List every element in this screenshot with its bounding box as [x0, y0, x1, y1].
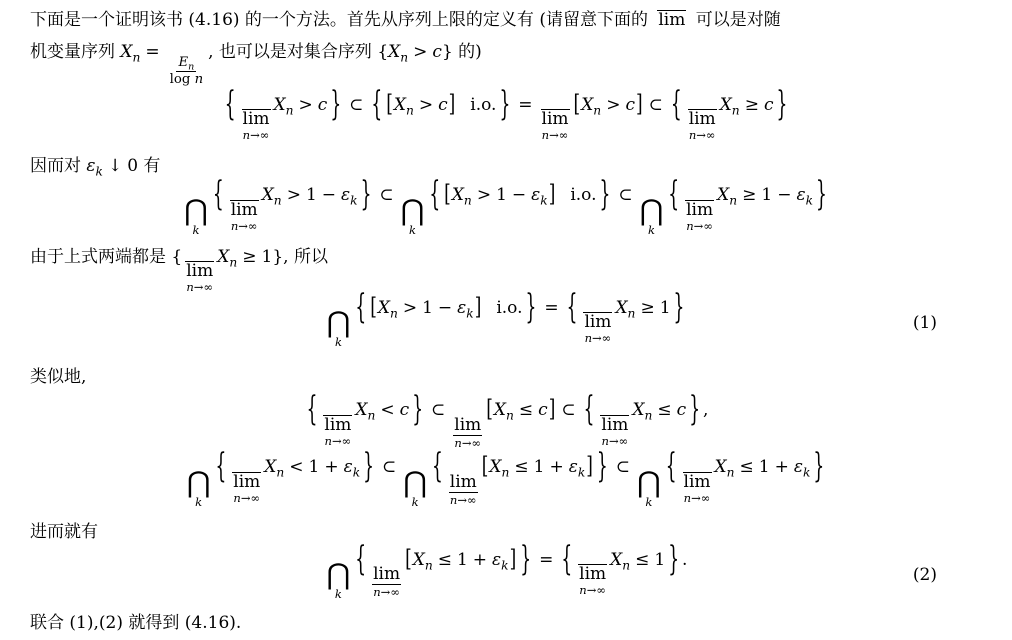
subscript: n: [406, 103, 414, 117]
left-big-brace: {: [215, 447, 226, 488]
text-run: 进而就有: [30, 522, 98, 542]
lim-word: lim: [688, 109, 717, 128]
right-bracket: ]: [475, 294, 482, 322]
equation-1-body: ⋂k{[Xn>1−εk]i.o.}={limn→∞Xn≥1}: [325, 298, 688, 318]
right-big-brace: }: [361, 175, 372, 216]
math-operator: <: [380, 400, 394, 420]
math-variable: X: [494, 400, 506, 420]
lim-subscript: n→∞: [579, 585, 606, 597]
equation-2-body: ⋂k{limn→∞[Xn≤1+εk]}={limn→∞Xn≤1}.: [325, 550, 688, 570]
right-big-brace: }: [816, 175, 827, 216]
right-bracket: ]: [586, 454, 593, 482]
text-run: 联合 (1),(2) 就得到 (4.16).: [30, 613, 241, 633]
fraction: Enlog n: [168, 55, 205, 87]
math-operator: ⊂: [431, 400, 445, 420]
subscript: n: [274, 194, 282, 208]
lim-word: lim: [600, 415, 629, 434]
limsup-operator: limn→∞: [232, 472, 261, 505]
subscript: n: [400, 50, 408, 64]
text-run: 机变量序列: [30, 42, 120, 62]
math-operator: ⊂: [349, 95, 363, 115]
display-intersection-chain-1: ⋂k{limn→∞Xn>1−εk}⊂⋂k{[Xn>1−εk]i.o.}⊂⋂k{l…: [30, 185, 982, 236]
math-operator: −: [512, 185, 526, 205]
subscript: n: [368, 409, 376, 423]
left-bracket: [: [486, 397, 493, 425]
intersection-symbol: ⋂: [640, 197, 664, 223]
limsup-symbol: lim: [657, 10, 686, 29]
math-token: .: [682, 550, 687, 570]
right-big-brace: }: [674, 287, 685, 328]
intersection-symbol: ⋂: [401, 197, 425, 223]
intro-line-1: 下面是一个证明该书 (4.16) 的一个方法。首先从序列上限的定义有 (请留意下…: [30, 8, 982, 34]
math-operator: =: [518, 95, 532, 115]
subscript: n: [133, 50, 141, 64]
math-variable: X: [720, 95, 732, 115]
lim-word: lim: [541, 109, 570, 128]
lim-subscript: n→∞: [602, 436, 629, 448]
math-operator: ≤: [635, 550, 649, 570]
right-bracket: ]: [549, 397, 556, 425]
math-operator: ≤: [514, 457, 528, 477]
text-run: 类似地,: [30, 367, 86, 387]
subscript: k: [501, 558, 508, 572]
math-operator: ≥: [745, 95, 759, 115]
math-operator: ↓: [108, 156, 122, 176]
math-operator: ≥: [640, 298, 654, 318]
math-variable: ε: [344, 457, 353, 477]
intersection-index: k: [193, 225, 200, 237]
right-big-brace: }: [597, 447, 608, 488]
subscript: n: [622, 558, 630, 572]
math-operator: −: [438, 298, 452, 318]
left-big-brace: {: [355, 540, 366, 581]
math-variable: c: [764, 95, 774, 115]
lim-subscript: n→∞: [454, 438, 481, 450]
math-variable: X: [615, 298, 627, 318]
limsup-operator: limn→∞: [685, 200, 714, 233]
math-operator: >: [299, 95, 313, 115]
math-operator: +: [473, 550, 487, 570]
limsup-operator: limn→∞: [688, 109, 717, 142]
left-bracket: [: [444, 182, 451, 210]
equation-2: ⋂k{limn→∞[Xn≤1+εk]}={limn→∞Xn≤1}. (2): [30, 550, 982, 601]
intersection-symbol: ⋂: [637, 469, 661, 495]
epsilon-intro-line: 因而对 εk↓0 有: [30, 154, 982, 180]
left-big-brace: {: [671, 85, 682, 126]
math-token: }: [272, 247, 283, 267]
math-variable: ε: [492, 550, 501, 570]
subscript: n: [464, 194, 472, 208]
math-variable: X: [715, 457, 727, 477]
lim-word: lim: [449, 474, 478, 493]
left-big-brace: {: [666, 447, 677, 488]
limsup-operator: limn→∞: [578, 564, 607, 597]
math-operator: +: [324, 457, 338, 477]
math-variable: ε: [569, 457, 578, 477]
math-operator: >: [403, 298, 417, 318]
left-bracket: [: [405, 546, 412, 574]
left-bracket: [: [574, 91, 581, 119]
math-variable: E: [178, 55, 188, 70]
lim-word: lim: [372, 566, 401, 585]
liminf-operator: limn→∞: [453, 417, 482, 450]
math-variable: X: [355, 400, 367, 420]
intersection-index: k: [645, 497, 652, 509]
math-token: 1: [422, 298, 433, 318]
equation-1: ⋂k{[Xn>1−εk]i.o.}={limn→∞Xn≥1} (1): [30, 298, 982, 349]
limsup-operator: limn→∞: [541, 109, 570, 142]
text-run: 因而对: [30, 156, 86, 176]
intersection-symbol: ⋂: [327, 561, 351, 587]
math-token: 1: [309, 457, 320, 477]
right-big-brace: }: [668, 540, 679, 581]
math-variable: X: [632, 400, 644, 420]
math-token: 1: [660, 298, 671, 318]
math-variable: c: [400, 400, 410, 420]
math-variable: X: [717, 185, 729, 205]
intersection-index: k: [335, 589, 342, 601]
math-variable: X: [489, 457, 501, 477]
left-bracket: [: [370, 294, 377, 322]
math-operator: >: [419, 95, 433, 115]
left-big-brace: {: [432, 447, 443, 488]
math-token: {: [377, 42, 388, 62]
limsup-operator: limn→∞: [230, 200, 259, 233]
display-limsup-chain: {limn→∞Xn>c}⊂{[Xn>c]i.o.}=limn→∞[Xn>c]⊂{…: [30, 95, 982, 142]
right-big-brace: }: [600, 175, 611, 216]
liminf-operator: limn→∞: [372, 566, 401, 599]
big-intersection-operator: ⋂k: [327, 561, 351, 601]
math-operator: ⊂: [379, 185, 393, 205]
math-operator: ⊂: [616, 457, 630, 477]
limsup-operator: limn→∞: [600, 415, 629, 448]
subscript: n: [276, 466, 284, 480]
math-variable: ε: [794, 457, 803, 477]
lim-subscript: n→∞: [231, 221, 258, 233]
right-bracket: ]: [549, 182, 556, 210]
right-bracket: ]: [449, 91, 456, 119]
subscript: n: [645, 409, 653, 423]
big-intersection-operator: ⋂k: [640, 197, 664, 237]
lim-subscript: n→∞: [542, 130, 569, 142]
math-variable: c: [318, 95, 328, 115]
math-variable: X: [413, 550, 425, 570]
text-run: 由于上式两端都是: [30, 247, 171, 267]
subscript: n: [506, 409, 514, 423]
left-big-brace: {: [561, 540, 572, 581]
big-intersection-operator: ⋂k: [187, 469, 211, 509]
left-big-brace: {: [213, 175, 224, 216]
left-big-brace: {: [567, 287, 578, 328]
math-variable: ε: [796, 185, 805, 205]
math-operator: >: [287, 185, 301, 205]
limsup-operator: limn→∞: [683, 472, 712, 505]
right-bracket: ]: [636, 91, 643, 119]
right-big-brace: }: [363, 447, 374, 488]
right-bracket: ]: [510, 546, 517, 574]
right-big-brace: }: [330, 85, 341, 126]
math-variable: X: [378, 298, 390, 318]
intro-line-2: 机变量序列 Xn=Enlog n, 也可以是对集合序列 {Xn>c} 的): [30, 40, 982, 87]
math-variable: X: [581, 95, 593, 115]
intersection-index: k: [648, 225, 655, 237]
math-variable: X: [264, 457, 276, 477]
big-intersection-operator: ⋂k: [637, 469, 661, 509]
math-operator: =: [539, 550, 553, 570]
math-operator: =: [145, 42, 159, 62]
math-token: 1: [496, 185, 507, 205]
limsup-operator: limn→∞: [185, 261, 214, 294]
math-text: i.o.: [496, 298, 522, 318]
subscript: n: [628, 306, 636, 320]
lim-subscript: n→∞: [186, 282, 213, 294]
subscript: k: [350, 194, 357, 208]
math-variable: ε: [457, 298, 466, 318]
intersection-symbol: ⋂: [403, 469, 427, 495]
math-variable: X: [388, 42, 400, 62]
left-big-brace: {: [371, 85, 382, 126]
lim-word: lim: [583, 312, 612, 331]
math-variable: X: [120, 42, 132, 62]
math-text: i.o.: [470, 95, 496, 115]
subscript: k: [353, 466, 360, 480]
subscript: k: [466, 306, 473, 320]
liminf-operator: limn→∞: [449, 474, 478, 507]
math-variable: X: [262, 185, 274, 205]
math-operator: +: [549, 457, 563, 477]
lim-word: lim: [453, 417, 482, 436]
subscript: n: [502, 466, 510, 480]
subscript: k: [803, 466, 810, 480]
big-intersection-operator: ⋂k: [327, 309, 351, 349]
math-token: 1: [534, 457, 545, 477]
math-token: 1: [761, 185, 772, 205]
lim-word: lim: [683, 472, 712, 491]
subscript: k: [806, 194, 813, 208]
big-intersection-operator: ⋂k: [401, 197, 425, 237]
equation-number-1: (1): [913, 313, 937, 333]
lim-word: lim: [232, 472, 261, 491]
math-operator: ≥: [242, 247, 256, 267]
subscript: k: [96, 164, 103, 178]
math-operator: ≤: [519, 400, 533, 420]
math-variable: ε: [86, 156, 95, 176]
similarly-line: 类似地,: [30, 365, 982, 391]
lim-subscript: n→∞: [233, 493, 260, 505]
lim-word: lim: [242, 109, 271, 128]
big-intersection-operator: ⋂k: [184, 197, 208, 237]
math-operator: −: [322, 185, 336, 205]
numerator: En: [176, 55, 196, 71]
math-token: {: [171, 247, 182, 267]
math-variable: c: [625, 95, 635, 115]
subscript: n: [727, 466, 735, 480]
text-run: 有: [138, 156, 160, 176]
intersection-symbol: ⋂: [327, 309, 351, 335]
display-liminf-chain: {limn→∞Xn<c}⊂limn→∞[Xn≤c]⊂{limn→∞Xn≤c},: [30, 400, 982, 449]
math-variable: c: [677, 400, 687, 420]
math-token: 1: [654, 550, 665, 570]
lim-subscript: n→∞: [684, 493, 711, 505]
math-operator: >: [606, 95, 620, 115]
left-big-brace: {: [355, 287, 366, 328]
math-variable: X: [274, 95, 286, 115]
text-run: 可以是对随: [690, 10, 780, 30]
lim-word: lim: [323, 415, 352, 434]
then-line: 进而就有: [30, 520, 982, 546]
subscript: n: [732, 103, 740, 117]
math-token: 1: [306, 185, 317, 205]
subscript: n: [729, 194, 737, 208]
lim-subscript: n→∞: [689, 130, 716, 142]
right-big-brace: }: [520, 540, 531, 581]
right-big-brace: }: [499, 85, 510, 126]
subscript: n: [425, 558, 433, 572]
intersection-index: k: [412, 497, 419, 509]
math-token: 1: [457, 550, 468, 570]
math-token: 1: [759, 457, 770, 477]
subscript: n: [286, 103, 294, 117]
math-token: }: [442, 42, 453, 62]
right-big-brace: }: [776, 85, 787, 126]
math-operator: <: [289, 457, 303, 477]
subscript: n: [390, 306, 398, 320]
math-token: 1: [261, 247, 272, 267]
math-operator: +: [775, 457, 789, 477]
intersection-symbol: ⋂: [187, 469, 211, 495]
left-big-brace: {: [668, 175, 679, 216]
left-bracket: [: [482, 454, 489, 482]
subscript: n: [593, 103, 601, 117]
math-variable: X: [610, 550, 622, 570]
big-intersection-operator: ⋂k: [403, 469, 427, 509]
text-run: 的): [453, 42, 482, 62]
intersection-index: k: [335, 337, 342, 349]
text-run: , 所以: [283, 247, 328, 267]
equation-number-2: (2): [913, 565, 937, 585]
math-variable: c: [438, 95, 448, 115]
right-big-brace: }: [813, 447, 824, 488]
limsup-operator: limn→∞: [583, 312, 612, 345]
math-variable: c: [432, 42, 442, 62]
subscript: k: [540, 194, 547, 208]
intersection-symbol: ⋂: [184, 197, 208, 223]
denominator: log n: [168, 72, 205, 87]
math-operator: >: [413, 42, 427, 62]
math-operator: >: [477, 185, 491, 205]
left-big-brace: {: [307, 390, 318, 431]
math-operator: ⊂: [649, 95, 663, 115]
display-intersection-chain-2: ⋂k{limn→∞Xn<1+εk}⊂⋂k{limn→∞[Xn≤1+εk]}⊂⋂k…: [30, 457, 982, 508]
math-variable: X: [217, 247, 229, 267]
lim-subscript: n→∞: [585, 333, 612, 345]
math-token: ,: [703, 400, 708, 420]
math-text: i.o.: [570, 185, 596, 205]
limsup-operator: limn→∞: [323, 415, 352, 448]
lim-word: lim: [685, 200, 714, 219]
math-operator: −: [777, 185, 791, 205]
intersection-index: k: [195, 497, 202, 509]
document-page: 下面是一个证明该书 (4.16) 的一个方法。首先从序列上限的定义有 (请留意下…: [0, 0, 1012, 636]
lim-word: lim: [185, 261, 214, 280]
intersection-index: k: [409, 225, 416, 237]
left-bracket: [: [386, 91, 393, 119]
math-variable: X: [452, 185, 464, 205]
lim-subscript: n→∞: [243, 130, 270, 142]
math-operator: ≤: [657, 400, 671, 420]
math-operator: ≥: [742, 185, 756, 205]
math-variable: X: [394, 95, 406, 115]
math-token: 0: [127, 156, 138, 176]
lim-subscript: n→∞: [373, 587, 400, 599]
both-ends-line: 由于上式两端都是 {limn→∞Xn≥1}, 所以: [30, 245, 982, 294]
math-variable: c: [538, 400, 548, 420]
lim-subscript: n→∞: [686, 221, 713, 233]
math-operator: ⊂: [561, 400, 575, 420]
left-big-brace: {: [225, 85, 236, 126]
left-big-brace: {: [584, 390, 595, 431]
lim-subscript: n→∞: [450, 495, 477, 507]
conclusion-line: 联合 (1),(2) 就得到 (4.16).: [30, 611, 982, 637]
lim-word: lim: [230, 200, 259, 219]
subscript: k: [578, 466, 585, 480]
math-operator: =: [544, 298, 558, 318]
lim-subscript: n→∞: [325, 436, 352, 448]
math-operator: ≤: [438, 550, 452, 570]
right-big-brace: }: [689, 390, 700, 431]
math-operator: ⊂: [618, 185, 632, 205]
text-run: 下面是一个证明该书 (4.16) 的一个方法。首先从序列上限的定义有 (请留意下…: [30, 10, 653, 30]
limsup-operator: limn→∞: [242, 109, 271, 142]
right-big-brace: }: [412, 390, 423, 431]
math-variable: ε: [531, 185, 540, 205]
subscript: n: [229, 255, 237, 269]
text-run: , 也可以是对集合序列: [208, 42, 377, 62]
math-operator: ≤: [740, 457, 754, 477]
math-variable: ε: [341, 185, 350, 205]
lim-word: lim: [578, 564, 607, 583]
math-token: log: [170, 72, 195, 87]
left-big-brace: {: [429, 175, 440, 216]
math-variable: n: [195, 72, 204, 87]
right-big-brace: }: [526, 287, 537, 328]
math-operator: ⊂: [382, 457, 396, 477]
